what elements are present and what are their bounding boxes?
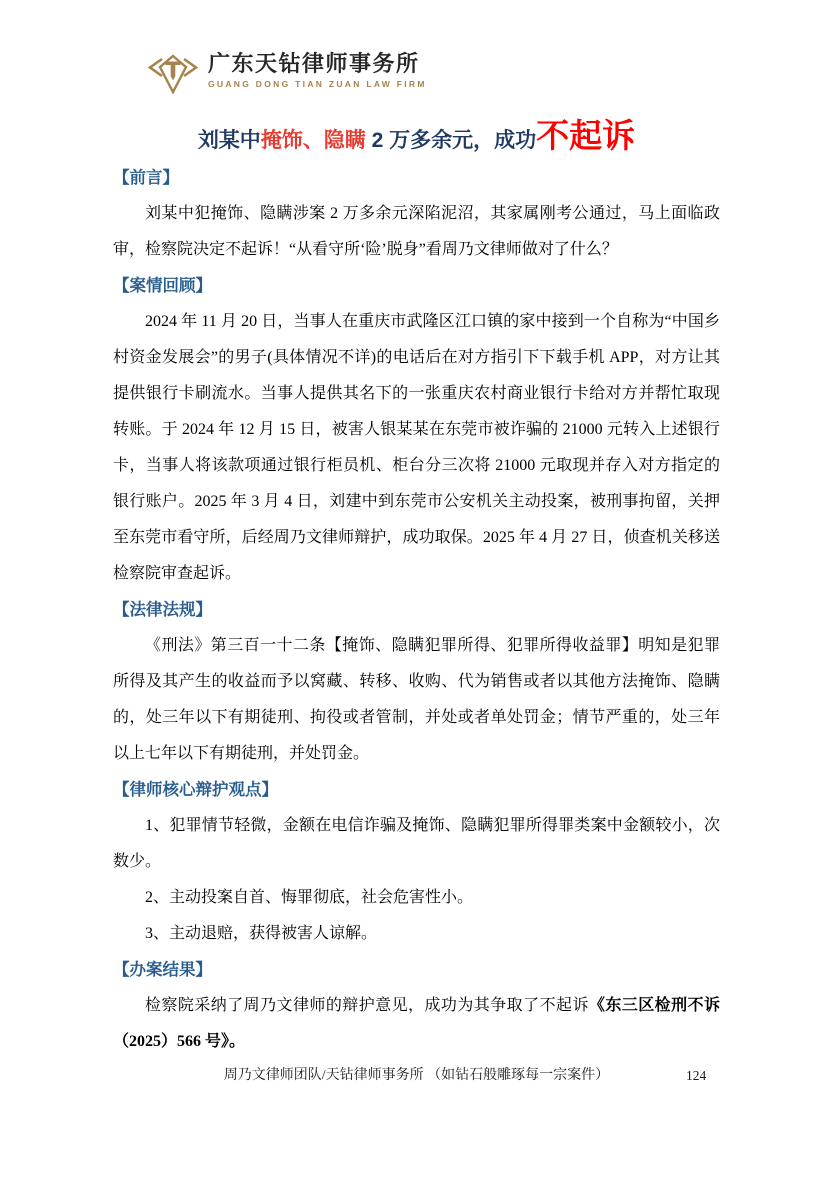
section-heading-case-review: 【案情回顾】 (113, 268, 720, 304)
defense-point-3: 3、主动退赔，获得被害人谅解。 (113, 916, 720, 952)
preface-paragraph: 刘某中犯掩饰、隐瞒涉案 2 万多余元深陷泥沼，其家属刚考公通过，马上面临政审，检… (113, 196, 720, 268)
title-red-phrase: 掩饰、隐瞒 (261, 129, 366, 152)
document-page: 广东天钻律师事务所 GUANG DONG TIAN ZUAN LAW FIRM … (0, 0, 833, 1178)
firm-name-en: GUANG DONG TIAN ZUAN LAW FIRM (208, 79, 427, 89)
case-review-paragraph: 2024 年 11 月 20 日，当事人在重庆市武隆区江口镇的家中接到一个自称为… (113, 304, 720, 592)
result-paragraph: 检察院采纳了周乃文律师的辩护意见，成功为其争取了不起诉《东三区检刑不诉（2025… (113, 988, 720, 1060)
defense-point-1: 1、犯罪情节轻微，金额在电信诈骗及掩饰、隐瞒犯罪所得罪类案中金额较小，次数少。 (113, 808, 720, 880)
diamond-t-logo-icon (146, 51, 200, 97)
firm-name-zh: 广东天钻律师事务所 (208, 50, 427, 77)
title-highlight: 不起诉 (536, 117, 635, 154)
firm-name-block: 广东天钻律师事务所 GUANG DONG TIAN ZUAN LAW FIRM (208, 50, 427, 89)
law-paragraph: 《刑法》第三百一十二条【掩饰、隐瞒犯罪所得、犯罪所得收益罪】明知是犯罪所得及其产… (113, 628, 720, 772)
title-middle: 2 万多余元，成功 (366, 129, 536, 152)
section-heading-preface: 【前言】 (113, 160, 720, 196)
page-number: 124 (686, 1064, 706, 1088)
section-heading-law: 【法律法规】 (113, 592, 720, 628)
page-title: 刘某中掩饰、隐瞒 2 万多余元，成功不起诉 (113, 110, 720, 157)
footer-text: 周乃文律师团队/天钻律师事务所 （如钻石般雕琢每一宗案件） (113, 1064, 720, 1088)
firm-logo: 广东天钻律师事务所 GUANG DONG TIAN ZUAN LAW FIRM (146, 50, 427, 97)
title-prefix: 刘某中 (198, 129, 261, 152)
result-text: 检察院采纳了周乃文律师的辩护意见，成功为其争取了不起诉 (145, 997, 589, 1014)
defense-point-2: 2、主动投案自首、悔罪彻底，社会危害性小。 (113, 880, 720, 916)
section-heading-defense-points: 【律师核心辩护观点】 (113, 772, 720, 808)
document-body: 【前言】 刘某中犯掩饰、隐瞒涉案 2 万多余元深陷泥沼，其家属刚考公通过，马上面… (113, 160, 720, 1060)
section-heading-result: 【办案结果】 (113, 952, 720, 988)
